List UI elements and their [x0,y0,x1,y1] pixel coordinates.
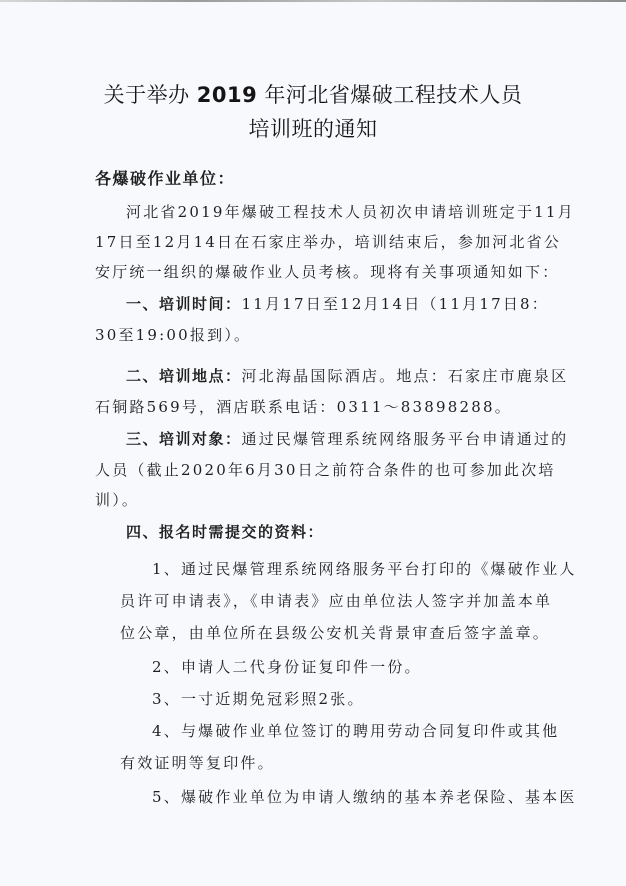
material-1-line-1: 1、通过民爆管理系统网络服务平台打印的《爆破作业人 [152,558,577,579]
section-3-line-3: 训）。 [95,489,139,510]
material-1-line-3: 位公章，由单位所在县级公安机关背景审查后签字盖章。 [120,622,550,643]
section-2-line-1: 二、培训地点：河北海晶国际酒店。地点：石家庄市鹿泉区 [126,365,568,386]
intro-line-1: 河北省2019年爆破工程技术人员初次申请培训班定于11月 [126,201,575,222]
section-3-heading: 三、培训对象： [126,430,242,448]
material-3-line-1: 3、一寸近期免冠彩照2张。 [152,688,365,709]
section-3-line-1: 三、培训对象：通过民爆管理系统网络服务平台申请通过的 [126,428,568,449]
section-4-line-1: 四、报名时需提交的资料： [126,521,324,542]
material-2-line-1: 2、申请人二代身份证复印件一份。 [152,656,422,677]
section-1-heading: 一、培训时间： [126,295,242,313]
section-2-line-2: 石铜路569号，酒店联系电话：0311～83898288。 [95,396,512,417]
salutation: 各爆破作业单位： [95,166,235,189]
section-4-heading: 四、报名时需提交的资料： [126,523,324,541]
title-suffix: 年河北省爆破工程技术人员 [264,83,522,107]
section-1-text: 11月17日至12月14日（11月17日8： [242,295,549,313]
section-2-text: 河北海晶国际酒店。地点：石家庄市鹿泉区 [242,367,569,385]
section-1-line-2: 30至19:00报到）。 [95,324,251,345]
section-2-heading: 二、培训地点： [126,367,242,385]
document-title-line-2: 培训班的通知 [0,113,626,143]
material-1-line-2: 员许可申请表》，《申请表》应由单位法人签字并加盖本单 [120,590,552,611]
section-1-line-1: 一、培训时间：11月17日至12月14日（11月17日8： [126,293,549,314]
material-5-line-1: 5、爆破作业单位为申请人缴纳的基本养老保险、基本医 [152,786,577,807]
intro-line-2: 17日至12月14日在石家庄举办，培训结束后，参加河北省公 [95,231,561,252]
title-year: 2019 [197,83,257,107]
section-3-line-2: 人员（截止2020年6月30日之前符合条件的也可参加此次培 [95,459,556,480]
scan-edge [0,0,626,2]
intro-line-3: 安厅统一组织的爆破作业人员考核。现将有关事项通知如下： [95,261,559,282]
document-title-line-1: 关于举办 2019 年河北省爆破工程技术人员 [0,79,626,109]
material-4-line-2: 有效证明等复印件。 [120,752,275,773]
section-3-text: 通过民爆管理系统网络服务平台申请通过的 [242,430,569,448]
material-4-line-1: 4、与爆破作业单位签订的聘用劳动合同复印件或其他 [152,720,559,741]
title-prefix: 关于举办 [104,83,190,107]
